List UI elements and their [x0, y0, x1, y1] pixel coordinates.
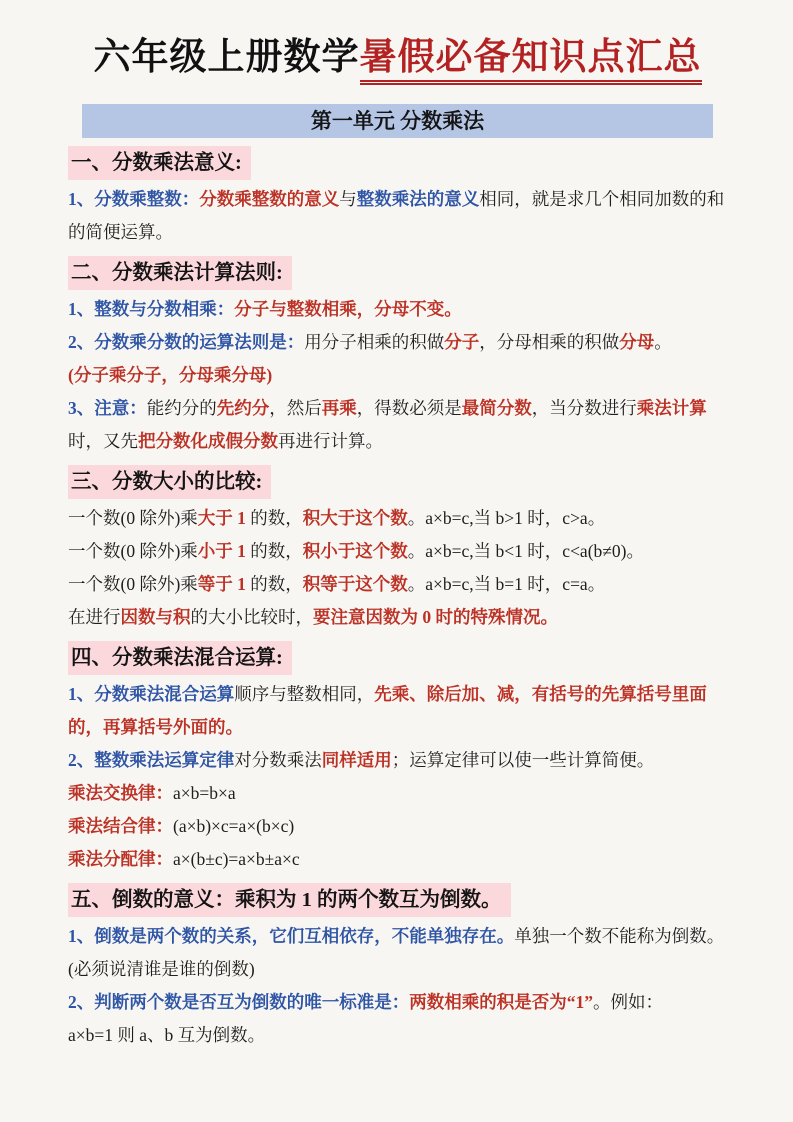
text-segment: 2、整数乘法运算定律	[68, 750, 234, 770]
text-segment: 再乘	[322, 398, 357, 418]
text-segment: 的大小比较时，	[191, 607, 314, 627]
text-segment: 乘法分配律：	[68, 849, 173, 869]
text-segment: 小于 1	[198, 541, 246, 561]
text-segment: 乘法结合律：	[68, 816, 173, 836]
paragraph: 一个数(0 除外)乘小于 1 的数，积小于这个数。a×b=c,当 b<1 时，c…	[68, 535, 727, 568]
text-segment: 1、分数乘法混合运算	[68, 684, 234, 704]
text-segment: 要注意因数为 0 时的特殊情况。	[313, 607, 558, 627]
text-segment: 分母	[619, 332, 654, 352]
unit-banner-label: 第一单元 分数乘法	[311, 109, 484, 133]
document-page: 六年级上册数学暑假必备知识点汇总 第一单元 分数乘法 一、分数乘法意义:1、分数…	[0, 0, 793, 1122]
text-segment: 1、分数乘整数：	[68, 189, 199, 209]
text-segment: 。a×b=c,当 b>1 时，c>a。	[408, 508, 605, 528]
paragraph: 1、分数乘法混合运算顺序与整数相同，先乘、除后加、减，有括号的先算括号里面的，再…	[68, 678, 727, 744]
paragraph: 乘法结合律：(a×b)×c=a×(b×c)	[68, 810, 727, 843]
text-segment: 。a×b=c,当 b<1 时，c<a(b≠0)。	[408, 541, 644, 561]
text-segment: ；运算定律可以使一些计算简便。	[392, 750, 655, 770]
paragraph: 1、整数与分数相乘：分子与整数相乘，分母不变。	[68, 293, 727, 326]
text-segment: 大于 1	[198, 508, 246, 528]
text-segment: 同样适用	[322, 750, 392, 770]
text-segment: 一个数(0 除外)乘	[68, 541, 198, 561]
section-heading-row: 五、倒数的意义：乘积为 1 的两个数互为倒数。	[68, 883, 727, 917]
text-segment: (a×b)×c=a×(b×c)	[173, 816, 294, 836]
text-segment: ，然后	[269, 398, 322, 418]
paragraph: 乘法分配律：a×(b±c)=a×b±a×c	[68, 843, 727, 876]
text-segment: 的数，	[246, 541, 303, 561]
text-segment: 积大于这个数	[303, 508, 408, 528]
text-segment: 乘法交换律：	[68, 783, 173, 803]
text-segment: ，分母相乘的积做	[479, 332, 619, 352]
text-segment: 能约分的	[147, 398, 217, 418]
paragraph: (分子乘分子，分母乘分母)	[68, 359, 727, 392]
text-segment: 1、整数与分数相乘：	[68, 299, 234, 319]
paragraph: 2、分数乘分数的运算法则是：用分子相乘的积做分子，分母相乘的积做分母。	[68, 326, 727, 359]
text-segment: 在进行	[68, 607, 121, 627]
text-segment: 分数乘整数的意义	[199, 189, 339, 209]
section-heading-row: 一、分数乘法意义:	[68, 146, 727, 180]
section-heading-row: 三、分数大小的比较:	[68, 465, 727, 499]
text-segment: 1、倒数是两个数的关系，它们互相依存，不能单独存在。	[68, 926, 514, 946]
section-heading: 四、分数乘法混合运算:	[68, 641, 292, 675]
text-segment: 的数，	[246, 574, 303, 594]
paragraph: 1、分数乘整数：分数乘整数的意义与整数乘法的意义相同，就是求几个相同加数的和的简…	[68, 183, 727, 249]
paragraph: 2、判断两个数是否互为倒数的唯一标准是：两数相乘的积是否为“1”。例如：	[68, 986, 727, 1019]
section-heading: 二、分数乘法计算法则:	[68, 256, 292, 290]
text-segment: 与	[339, 189, 357, 209]
text-segment: 的数，	[246, 508, 303, 528]
paragraph: 乘法交换律：a×b=b×a	[68, 777, 727, 810]
text-segment: a×b=1 则 a、b 互为倒数。	[68, 1025, 265, 1045]
paragraph: 1、倒数是两个数的关系，它们互相依存，不能单独存在。单独一个数不能称为倒数。(必…	[68, 920, 727, 986]
unit-banner: 第一单元 分数乘法	[82, 104, 713, 138]
text-segment: 2、判断两个数是否互为倒数的唯一标准是：	[68, 992, 409, 1012]
paragraph: 3、注意：能约分的先约分，然后再乘，得数必须是最简分数，当分数进行乘法计算时，又…	[68, 392, 727, 458]
text-segment: 积小于这个数	[303, 541, 408, 561]
document-body: 一、分数乘法意义:1、分数乘整数：分数乘整数的意义与整数乘法的意义相同，就是求几…	[68, 146, 727, 1052]
text-segment: 计算	[672, 398, 707, 418]
text-segment: 积等于这个数	[303, 574, 408, 594]
paragraph: 一个数(0 除外)乘大于 1 的数，积大于这个数。a×b=c,当 b>1 时，c…	[68, 502, 727, 535]
text-segment: 顺序与整数相同，	[234, 684, 374, 704]
paragraph: a×b=1 则 a、b 互为倒数。	[68, 1019, 727, 1052]
text-segment: 。	[654, 332, 672, 352]
text-segment: a×b=b×a	[173, 783, 236, 803]
text-segment: 先约分	[217, 398, 270, 418]
text-segment: 时，又先	[68, 431, 138, 451]
page-title: 六年级上册数学暑假必备知识点汇总	[68, 34, 727, 82]
text-segment: 乘法	[637, 398, 672, 418]
paragraph: 一个数(0 除外)乘等于 1 的数，积等于这个数。a×b=c,当 b=1 时，c…	[68, 568, 727, 601]
text-segment: 用分子相乘的积做	[304, 332, 444, 352]
text-segment: 把分数化成假分数	[138, 431, 278, 451]
section-heading: 一、分数乘法意义:	[68, 146, 251, 180]
text-segment: ，得数必须是	[357, 398, 462, 418]
text-segment: 2、分数乘分数的运算法则是：	[68, 332, 304, 352]
text-segment: ，当分数进行	[532, 398, 637, 418]
text-segment: (分子乘分子，分母乘分母)	[68, 365, 272, 385]
paragraph: 在进行因数与积的大小比较时，要注意因数为 0 时的特殊情况。	[68, 601, 727, 634]
section-heading-row: 二、分数乘法计算法则:	[68, 256, 727, 290]
text-segment: 3、注意：	[68, 398, 147, 418]
text-segment: 分子与整数相乘，分母不变。	[234, 299, 462, 319]
section-heading: 五、倒数的意义：乘积为 1 的两个数互为倒数。	[68, 883, 511, 917]
paragraph: 2、整数乘法运算定律对分数乘法同样适用；运算定律可以使一些计算简便。	[68, 744, 727, 777]
text-segment: 等于 1	[198, 574, 246, 594]
text-segment: 两数相乘的积是否为“1”	[409, 992, 593, 1012]
text-segment: 一个数(0 除外)乘	[68, 574, 198, 594]
text-segment: 。a×b=c,当 b=1 时，c=a。	[408, 574, 605, 594]
text-segment: 因数与积	[121, 607, 191, 627]
text-segment: 整数乘法的意义	[357, 189, 480, 209]
text-segment: 。例如：	[593, 992, 663, 1012]
section-heading-row: 四、分数乘法混合运算:	[68, 641, 727, 675]
title-highlight-part: 暑假必备知识点汇总	[360, 37, 702, 85]
text-segment: 再进行计算。	[278, 431, 383, 451]
text-segment: 分子	[444, 332, 479, 352]
title-grade-part: 六年级上册数学	[94, 37, 360, 78]
text-segment: 一个数(0 除外)乘	[68, 508, 198, 528]
text-segment: 对分数乘法	[234, 750, 322, 770]
text-segment: 最简分数	[462, 398, 532, 418]
section-heading: 三、分数大小的比较:	[68, 465, 271, 499]
text-segment: a×(b±c)=a×b±a×c	[173, 849, 300, 869]
